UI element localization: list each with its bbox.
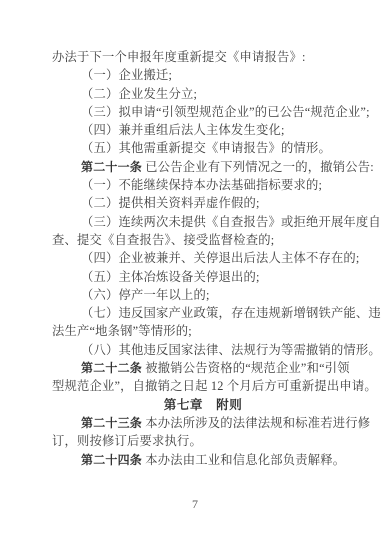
article-number: 第二十三条: [81, 416, 142, 430]
list-item-line: （二）企业发生分立;: [52, 85, 354, 103]
list-item-line: （四）兼并重组后法人主体发生变化;: [52, 121, 354, 139]
line-text: （一）企业搬迁;: [81, 68, 172, 82]
line-text: （三）拟申请“引领型规范企业”的已公告“规范企业”;: [81, 105, 370, 119]
list-item-line: （三）连续两次未提供《自查报告》或拒绝开展年度自: [52, 213, 354, 231]
line-text: （六）停产一年以上的;: [81, 288, 210, 302]
article-22-line: 第二十二条 被撤销公告资格的“规范企业”和“引领: [52, 359, 354, 377]
list-item-line: （三）拟申请“引领型规范企业”的已公告“规范企业”;: [52, 103, 354, 121]
list-item-line: （四）企业被兼并、关停退出后法人主体不存在的;: [52, 249, 354, 267]
chapter-heading-text: 第七章 附则: [164, 398, 243, 412]
line-text: （五）其他需重新提交《申请报告》的情形。: [81, 141, 331, 155]
list-item-line: （六）停产一年以上的;: [52, 286, 354, 304]
list-item-line: （一）企业搬迁;: [52, 66, 354, 84]
line-text: （四）兼并重组后法人主体发生变化;: [81, 123, 285, 137]
wrap-line: 法生产“地条钢”等情形的;: [52, 322, 354, 340]
continuation-line: 办法于下一个申报年度重新提交《申请报告》:: [52, 48, 354, 66]
line-text: （一）不能继续保持本办法基础指标要求的;: [81, 178, 322, 192]
document-text-block: 办法于下一个申报年度重新提交《申请报告》: （一）企业搬迁; （二）企业发生分立…: [52, 48, 354, 469]
page-number: 7: [0, 497, 390, 512]
list-item-line: （一）不能继续保持本办法基础指标要求的;: [52, 176, 354, 194]
chapter-heading: 第七章 附则: [52, 396, 354, 414]
list-item-line: （二）提供相关资料弄虚作假的;: [52, 194, 354, 212]
article-23-line: 第二十三条 本办法所涉及的法律法规和标准若进行修: [52, 414, 354, 432]
line-text: （八）其他违反国家法律、法规行为等需撤销的情形。: [81, 343, 381, 357]
line-text: （三）连续两次未提供《自查报告》或拒绝开展年度自: [81, 215, 381, 229]
article-number: 第二十一条: [81, 160, 142, 174]
wrap-line: 订，则按修订后要求执行。: [52, 432, 354, 450]
line-text: 办法于下一个申报年度重新提交《申请报告》:: [52, 50, 306, 64]
line-text: 查、提交《自查报告》、接受监督检查的;: [52, 233, 274, 247]
line-text: 型规范企业”，自撤销之日起 12 个月后方可重新提出申请。: [52, 379, 377, 393]
line-text: （七）违反国家产业政策，存在违规新增钢铁产能、违: [81, 306, 381, 320]
article-number: 第二十二条: [81, 361, 142, 375]
line-text: （四）企业被兼并、关停退出后法人主体不存在的;: [81, 251, 360, 265]
line-text: 订，则按修订后要求执行。: [52, 434, 202, 448]
line-text: 本办法由工业和信息化部负责解释。: [142, 453, 345, 467]
line-text: 法生产“地条钢”等情形的;: [52, 324, 192, 338]
article-number: 第二十四条: [81, 453, 142, 467]
line-text: 本办法所涉及的法律法规和标准若进行修: [142, 416, 370, 430]
list-item-line: （七）违反国家产业政策，存在违规新增钢铁产能、违: [52, 304, 354, 322]
article-24-line: 第二十四条 本办法由工业和信息化部负责解释。: [52, 451, 354, 469]
wrap-line: 型规范企业”，自撤销之日起 12 个月后方可重新提出申请。: [52, 377, 354, 395]
article-21-line: 第二十一条 已公告企业有下列情况之一的，撤销公告:: [52, 158, 354, 176]
line-text: （二）提供相关资料弄虚作假的;: [81, 196, 260, 210]
wrap-line: 查、提交《自查报告》、接受监督检查的;: [52, 231, 354, 249]
line-text: （五）主体冶炼设备关停退出的;: [81, 270, 260, 284]
list-item-line: （八）其他违反国家法律、法规行为等需撤销的情形。: [52, 341, 354, 359]
line-text: （二）企业发生分立;: [81, 87, 197, 101]
line-text: 被撤销公告资格的“规范企业”和“引领: [142, 361, 350, 375]
list-item-line: （五）主体冶炼设备关停退出的;: [52, 268, 354, 286]
list-item-line: （五）其他需重新提交《申请报告》的情形。: [52, 139, 354, 157]
line-text: 已公告企业有下列情况之一的，撤销公告:: [142, 160, 374, 174]
document-page: 办法于下一个申报年度重新提交《申请报告》: （一）企业搬迁; （二）企业发生分立…: [0, 0, 390, 551]
